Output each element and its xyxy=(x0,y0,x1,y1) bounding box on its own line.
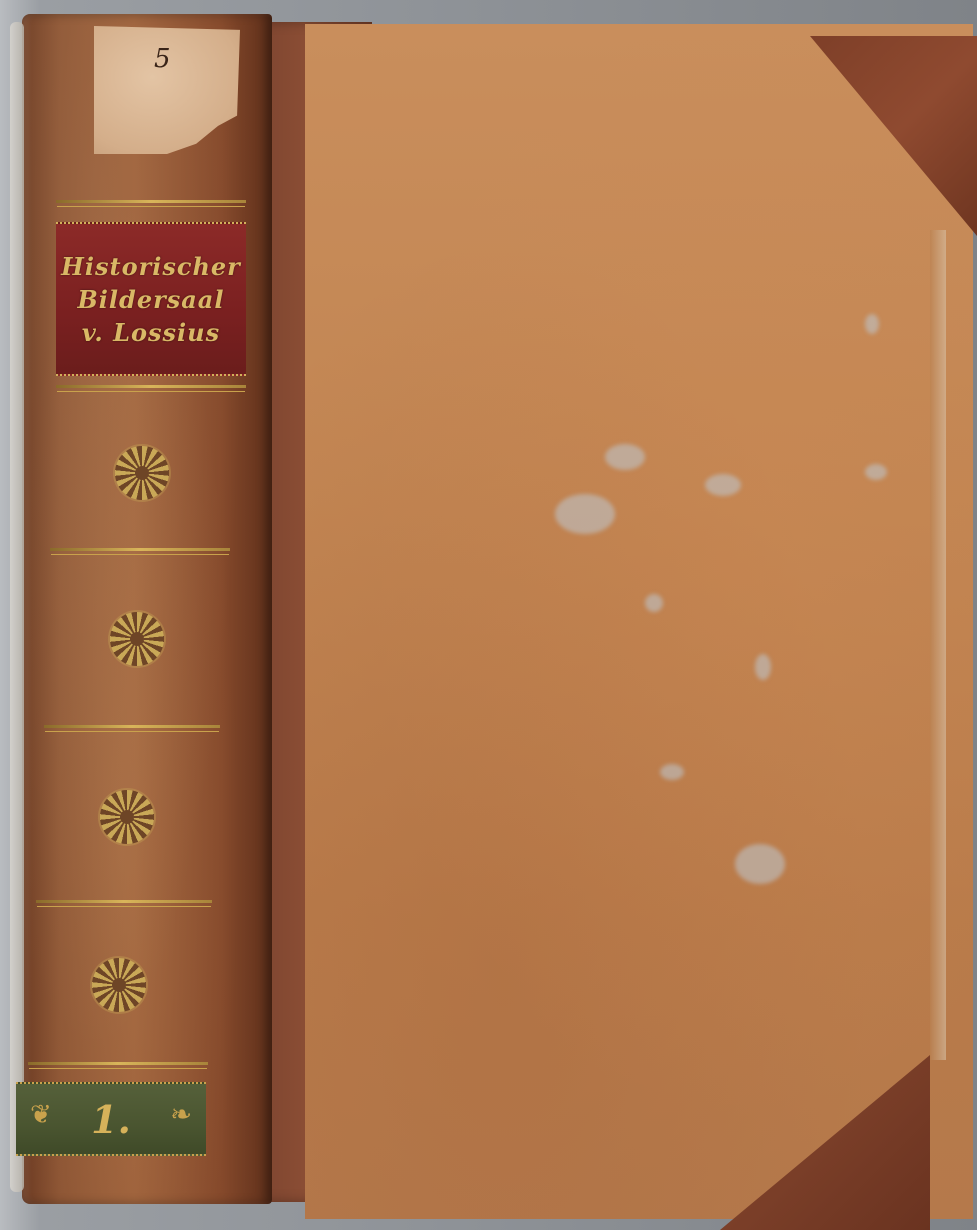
shelf-mark: 5 xyxy=(154,44,171,74)
title-line-1: Historischer xyxy=(61,252,241,281)
gilt-rosette-icon xyxy=(110,612,164,666)
gilt-band xyxy=(28,1062,208,1065)
spine-edge-highlight xyxy=(10,22,24,1192)
ornament-icon: ❧ xyxy=(170,1100,192,1130)
gilt-band xyxy=(56,385,246,388)
stain-spot xyxy=(605,444,645,470)
gilt-rosette-icon xyxy=(100,790,154,844)
spine-title-label: Historischer Bildersaal v. Lossius xyxy=(56,222,246,376)
gilt-band xyxy=(44,725,220,728)
gilt-band xyxy=(56,200,246,203)
stain-spot xyxy=(555,494,615,534)
spine-volume-label: ❦ 1. ❧ xyxy=(16,1082,206,1156)
gilt-band xyxy=(50,548,230,551)
stain-spot xyxy=(645,594,663,612)
front-board xyxy=(305,24,973,1219)
stain-spot xyxy=(735,844,785,884)
stain-spot xyxy=(660,764,684,780)
title-line-2: Bildersaal xyxy=(78,285,225,314)
gilt-rosette-icon xyxy=(92,958,146,1012)
gilt-rosette-icon xyxy=(115,446,169,500)
stain-spot xyxy=(755,654,771,680)
board-edge xyxy=(930,230,946,1060)
volume-number: 1. xyxy=(91,1097,131,1142)
stain-spot xyxy=(705,474,741,496)
stain-spot xyxy=(865,464,887,480)
title-line-3: v. Lossius xyxy=(82,318,220,347)
gilt-band xyxy=(36,900,212,903)
ornament-icon: ❦ xyxy=(30,1100,52,1130)
book: 5 Historischer Bildersaal v. Lossius ❦ 1… xyxy=(0,0,977,1230)
stain-spot xyxy=(865,314,879,334)
spine xyxy=(22,14,272,1204)
